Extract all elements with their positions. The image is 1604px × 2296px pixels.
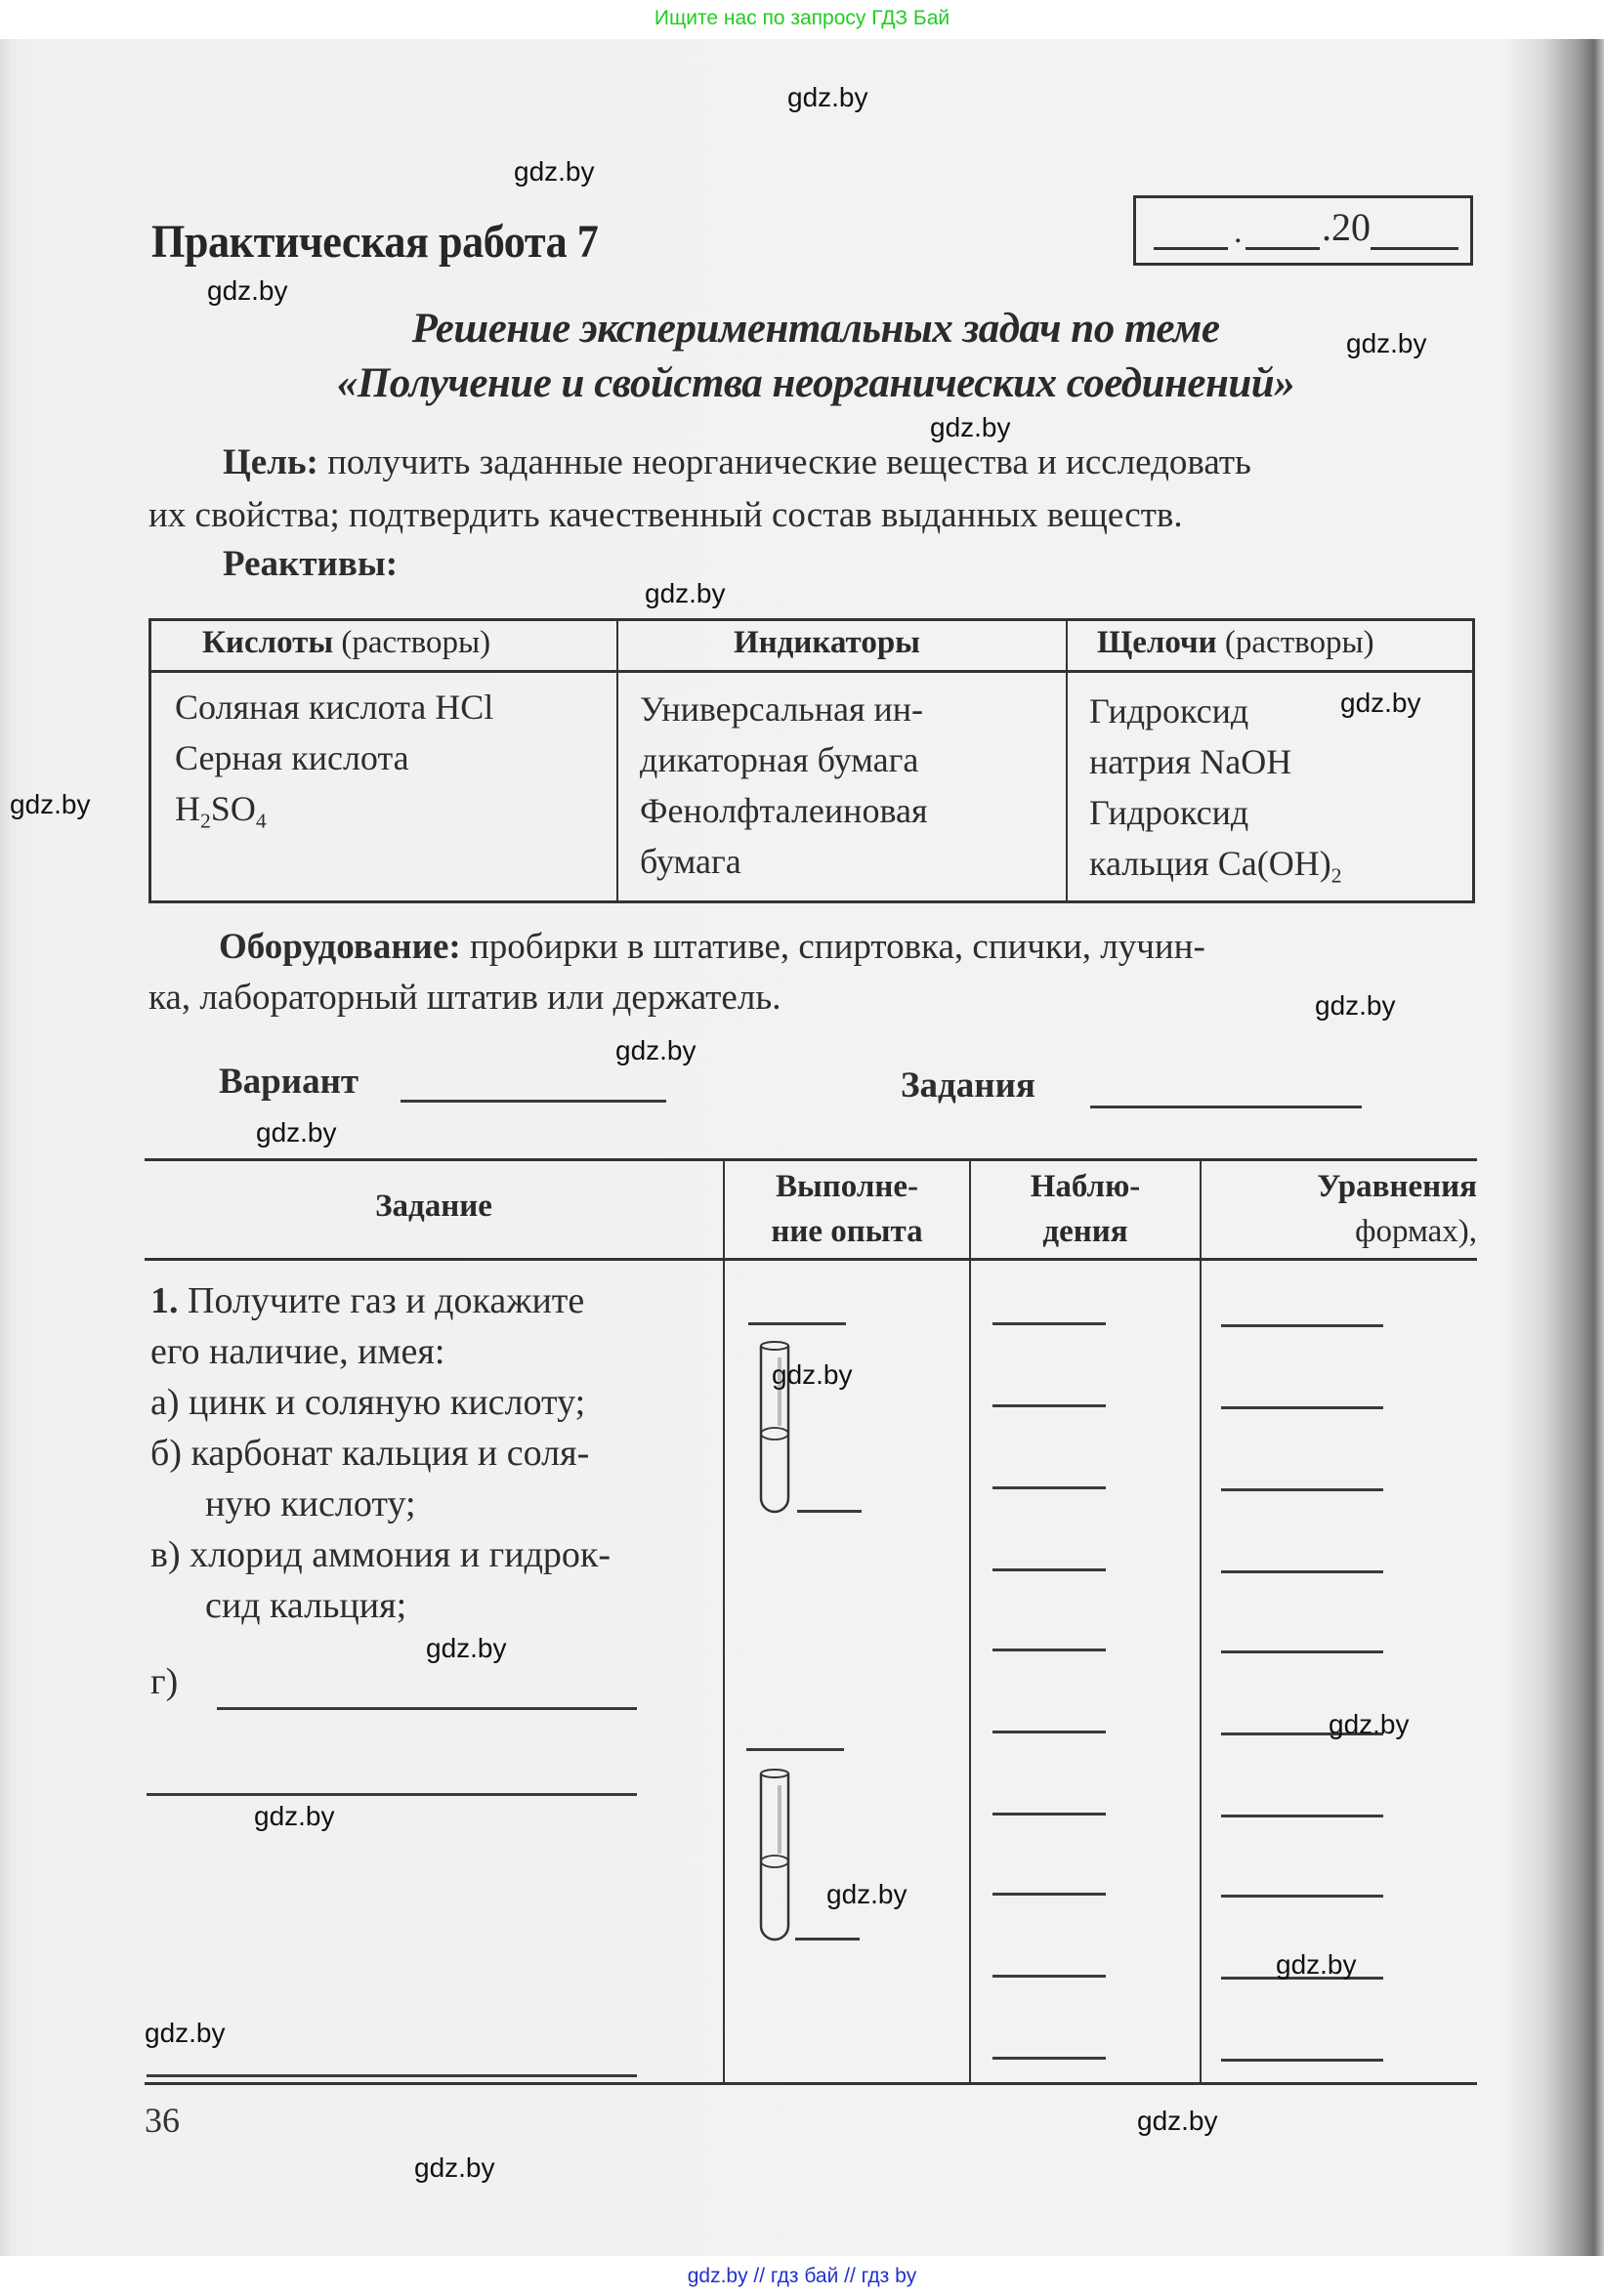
page-number: 36 (145, 2100, 180, 2141)
table-header-border (145, 1258, 1477, 1261)
goal-text-1: получить заданные неорганические веществ… (327, 442, 1251, 482)
watermark: gdz.by (772, 1359, 853, 1391)
equation-blank[interactable] (1221, 1815, 1383, 1817)
experiment-table: Задание Выполне- ние опыта Наблю- дения … (145, 1158, 1477, 2086)
watermark: gdz.by (256, 1117, 337, 1148)
observation-blank[interactable] (992, 1649, 1106, 1651)
equation-blank[interactable] (1221, 1488, 1383, 1491)
observation-blank[interactable] (992, 1975, 1106, 1978)
watermark: gdz.by (1137, 2106, 1218, 2137)
execution-blank[interactable] (746, 1748, 844, 1751)
execution-blank[interactable] (795, 1938, 860, 1941)
watermark: gdz.by (1276, 1949, 1357, 1981)
equipment-label: Оборудование: (219, 927, 461, 967)
header-equations: Уравнения формах), (1202, 1164, 1477, 1254)
header-execution: Выполне- ние опыта (725, 1164, 969, 1254)
column-divider (1200, 1158, 1202, 2084)
variant-label: Вариант (219, 1061, 359, 1103)
watermark: gdz.by (930, 412, 1011, 443)
watermark: gdz.by (1346, 328, 1427, 359)
reagents-label: Реактивы: (223, 543, 398, 585)
equation-blank[interactable] (1221, 2059, 1383, 2062)
subtitle-line-1: Решение экспериментальных задач по теме (147, 305, 1485, 353)
observation-blank[interactable] (992, 1322, 1106, 1325)
year-blank[interactable] (1371, 247, 1458, 250)
goal-label: Цель: (223, 442, 318, 482)
indicators-cell: Универсальная ин- дикаторная бумага Фено… (640, 684, 928, 887)
watermark: gdz.by (414, 2152, 495, 2184)
observation-blank[interactable] (992, 1893, 1106, 1896)
watermark: gdz.by (1329, 1709, 1410, 1740)
column-divider (969, 1158, 971, 2084)
task-1-c-line-1: в) хлорид аммония и гидрок- (150, 1529, 611, 1580)
observation-blank[interactable] (992, 1813, 1106, 1816)
column-divider (1066, 621, 1068, 900)
table-bottom-border (145, 2082, 1477, 2085)
header-task: Задание (145, 1184, 723, 1229)
header-indicators: Индикаторы (734, 625, 920, 661)
watermark: gdz.by (145, 2018, 226, 2049)
table-top-border (145, 1158, 1477, 1161)
header-observations: Наблю- дения (971, 1164, 1200, 1254)
header-acids: Кислоты (растворы) (202, 625, 490, 661)
watermark: gdz.by (615, 1035, 696, 1066)
page-title: Практическая работа 7 (151, 215, 598, 269)
watermark: gdz.by (10, 789, 91, 820)
acids-cell: Соляная кислота HCl Серная кислота H2SO4 (175, 682, 493, 834)
task-1-d-input-3[interactable] (147, 2074, 637, 2077)
task-1-b-line-1: б) карбонат кальция и соля- (150, 1428, 589, 1479)
subtitle-line-2: «Получение и свойства неорганических сое… (147, 359, 1485, 407)
watermark: gdz.by (787, 82, 868, 113)
goal-text-2: их свойства; подтвердить качественный со… (148, 494, 1183, 536)
equation-blank[interactable] (1221, 1406, 1383, 1409)
task-1-line-2: его наличие, имея: (150, 1326, 444, 1377)
top-banner: Ищите нас по запросу ГДЗ Бай (0, 2, 1604, 35)
task-1-d-input-2[interactable] (147, 1793, 637, 1796)
equipment-line-1: Оборудование: пробирки в штативе, спирто… (219, 926, 1205, 968)
equation-blank[interactable] (1221, 1650, 1383, 1653)
column-divider (723, 1158, 725, 2084)
equation-blank[interactable] (1221, 1570, 1383, 1573)
day-blank[interactable] (1154, 247, 1228, 250)
task-1-d-input[interactable] (217, 1707, 637, 1710)
tasks-label: Задания (901, 1065, 1035, 1106)
watermark: gdz.by (1315, 990, 1396, 1022)
header-alkalis: Щелочи (растворы) (1097, 625, 1374, 661)
test-tube-icon (758, 1768, 791, 1943)
observation-blank[interactable] (992, 1404, 1106, 1407)
column-divider (616, 621, 618, 900)
equation-blank[interactable] (1221, 1895, 1383, 1898)
tasks-input[interactable] (1090, 1106, 1362, 1108)
goal-line-1: Цель: получить заданные неорганические в… (223, 441, 1251, 483)
year-prefix: .20 (1322, 204, 1371, 250)
task-1-c-line-2: сид кальция; (205, 1580, 406, 1631)
task-1-a: а) цинк и соляную кислоту; (150, 1377, 585, 1428)
task-1-line-1: 1. Получите газ и докажите (150, 1275, 584, 1326)
task-1-d: г) (150, 1656, 178, 1707)
observation-blank[interactable] (992, 1486, 1106, 1489)
watermark: gdz.by (514, 156, 595, 188)
watermark: gdz.by (426, 1633, 507, 1664)
watermark: gdz.by (207, 275, 288, 307)
task-1-b-line-2: ную кислоту; (205, 1479, 416, 1529)
bottom-banner: gdz.by // гдз бай // гдз by (0, 2260, 1604, 2293)
observation-blank[interactable] (992, 1568, 1106, 1571)
date-separator: . (1234, 214, 1243, 251)
equation-blank[interactable] (1221, 1324, 1383, 1327)
reagents-table: Кислоты (растворы) Индикаторы Щелочи (ра… (148, 618, 1475, 903)
observation-blank[interactable] (992, 1731, 1106, 1733)
watermark: gdz.by (1340, 688, 1421, 719)
watermark: gdz.by (254, 1801, 335, 1832)
execution-blank[interactable] (748, 1322, 846, 1325)
observation-blank[interactable] (992, 2057, 1106, 2060)
watermark: gdz.by (826, 1879, 908, 1910)
date-field[interactable]: . .20 (1133, 195, 1473, 266)
variant-input[interactable] (401, 1100, 666, 1103)
execution-blank[interactable] (797, 1510, 862, 1513)
month-blank[interactable] (1245, 247, 1320, 250)
watermark: gdz.by (645, 578, 726, 609)
equipment-text-2: ка, лабораторный штатив или держатель. (148, 977, 781, 1019)
alkalis-cell: Гидроксид натрия NaOH Гидроксид кальция … (1089, 686, 1341, 889)
